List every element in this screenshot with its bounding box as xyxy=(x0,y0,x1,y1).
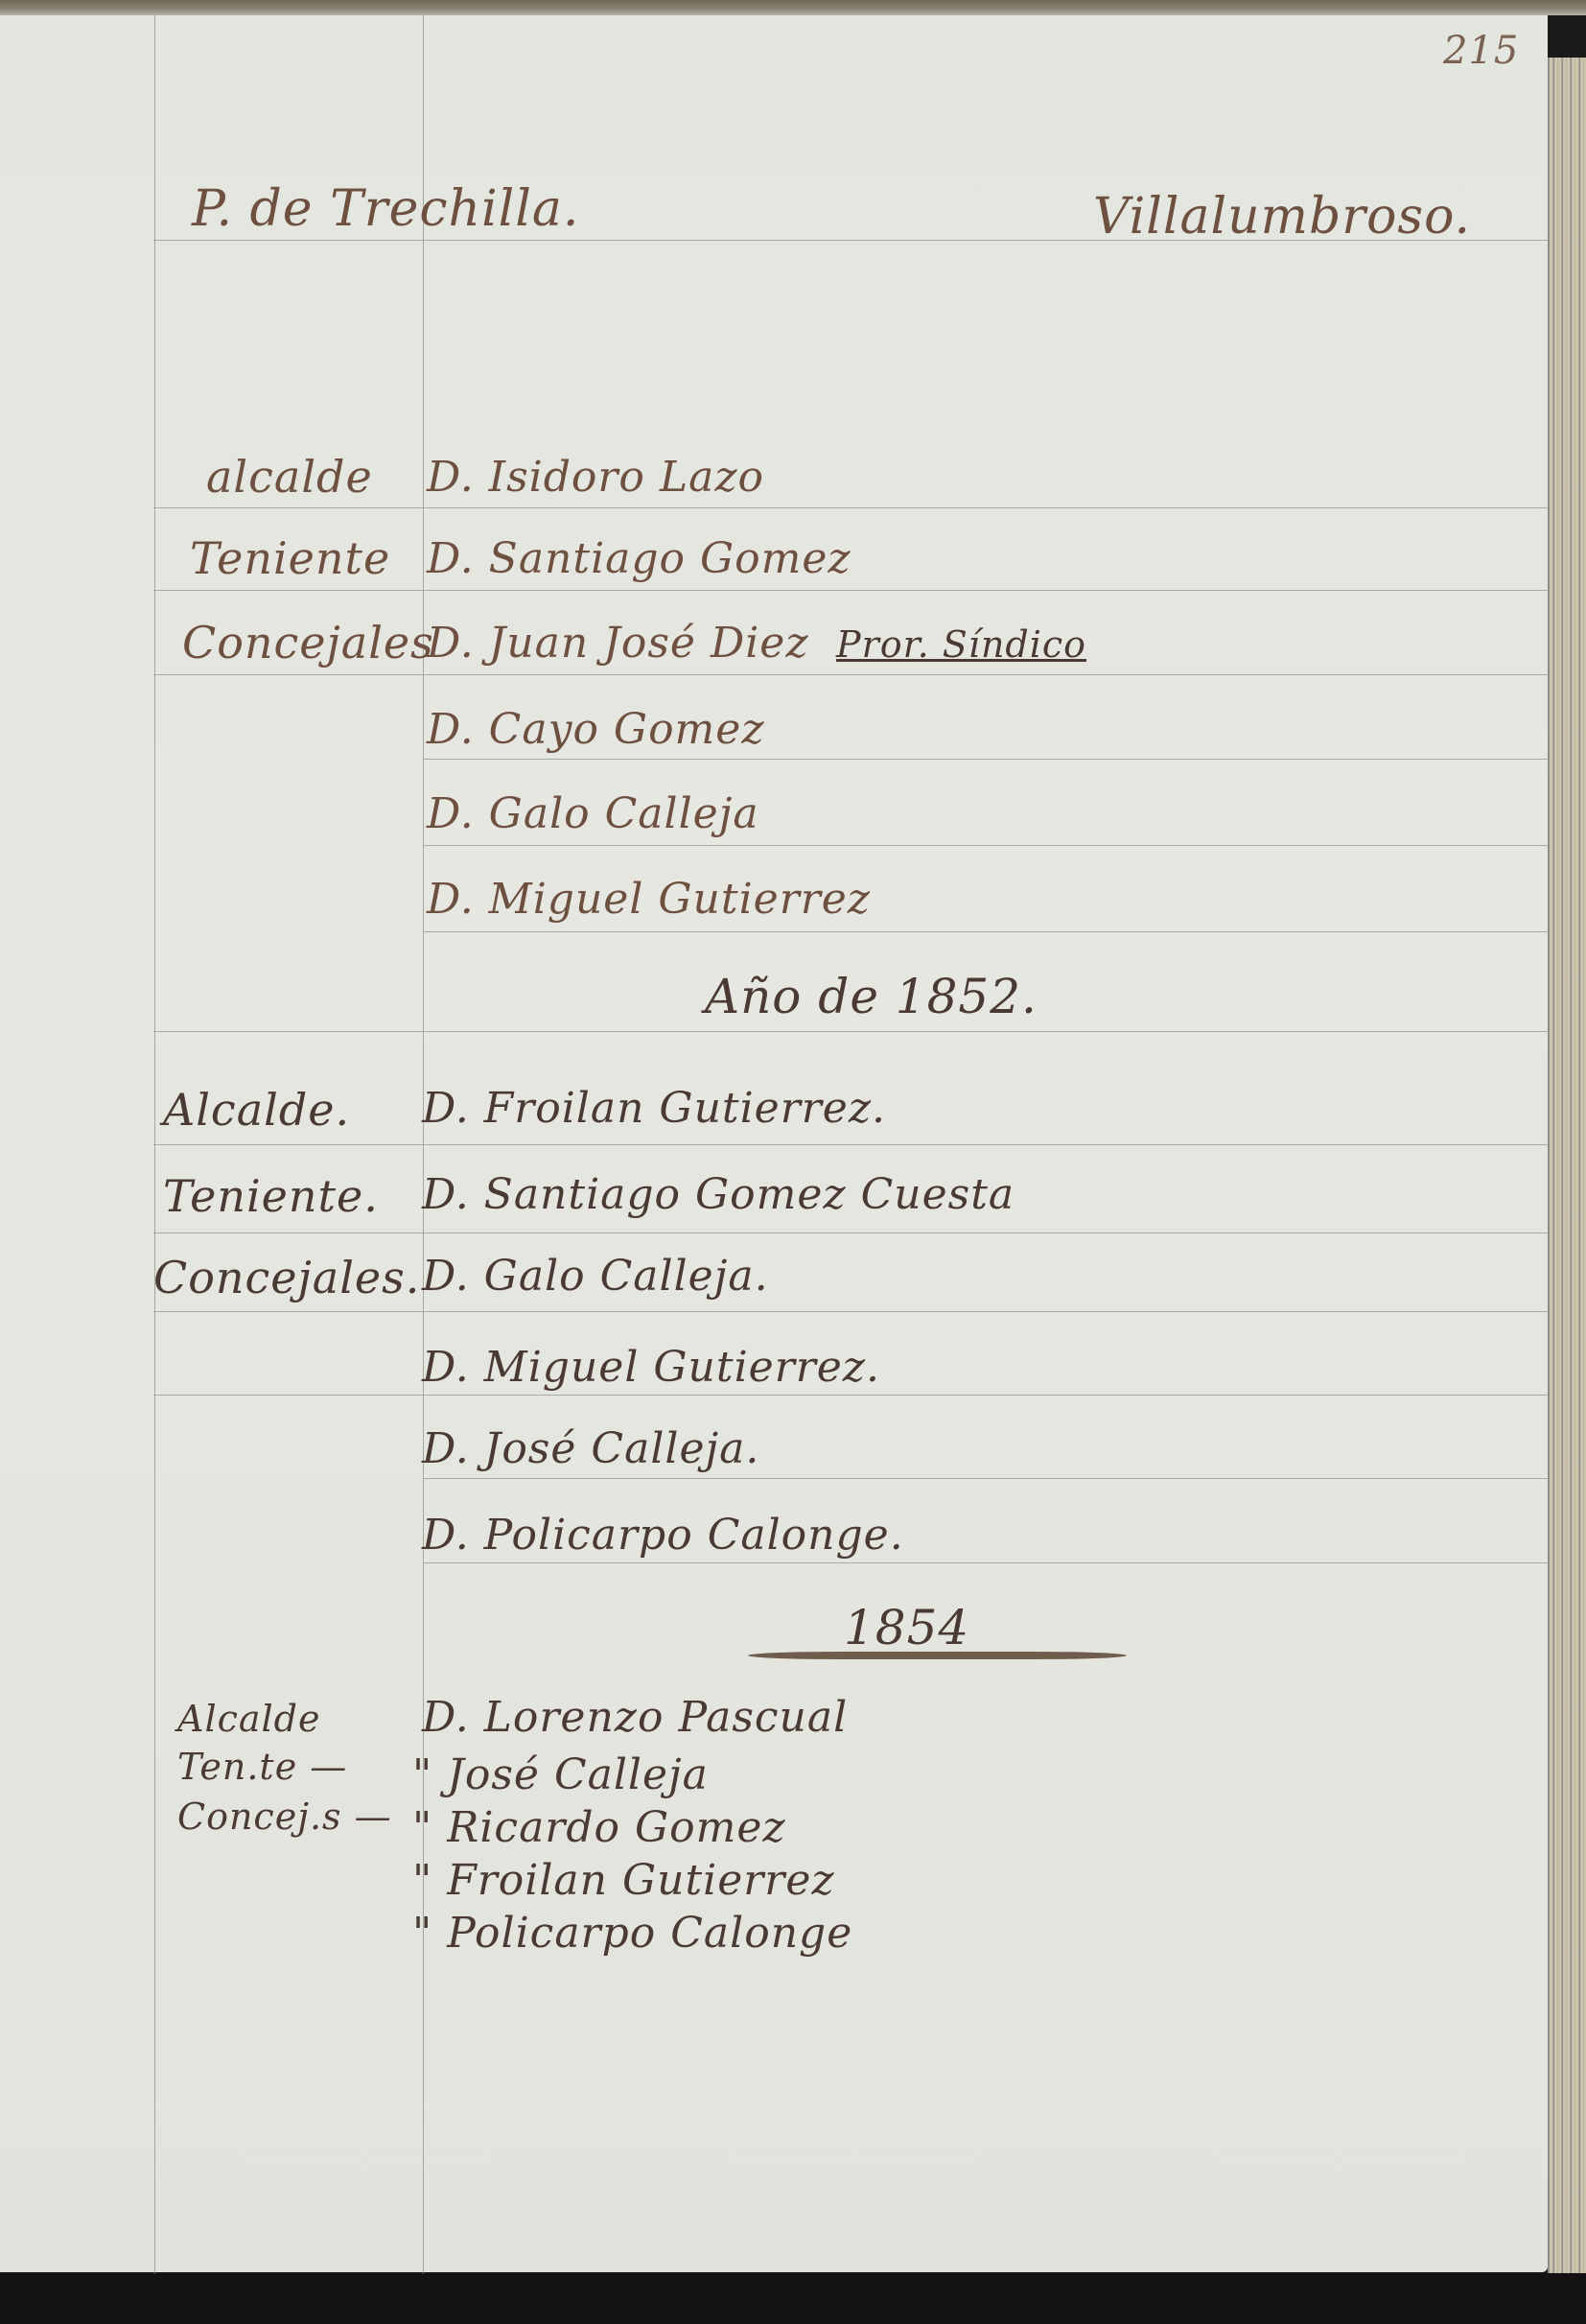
member-name: D. Froilan Gutierrez. xyxy=(422,1084,886,1133)
ruled-line xyxy=(153,1031,1548,1032)
year-heading: Año de 1852. xyxy=(705,969,1038,1024)
ruled-line xyxy=(153,507,1548,508)
member-name: " Froilan Gutierrez xyxy=(412,1856,835,1905)
book-top-edge xyxy=(0,0,1586,15)
district-heading: P. de Trechilla. xyxy=(192,180,579,238)
role-label: Concej.s — xyxy=(177,1796,392,1838)
member-name: D. Cayo Gomez xyxy=(427,705,765,754)
member-name: D. Juan José Diez xyxy=(427,619,809,668)
ruled-line xyxy=(423,845,1548,846)
member-name: D. José Calleja. xyxy=(422,1424,759,1473)
role-label: Teniente xyxy=(190,532,390,584)
role-label: Alcalde. xyxy=(163,1084,350,1136)
ruled-line xyxy=(423,931,1548,932)
ruled-line xyxy=(153,1311,1548,1312)
member-name: " Ricardo Gomez xyxy=(412,1803,786,1852)
member-name: D. Galo Calleja xyxy=(427,789,759,838)
member-name: " José Calleja xyxy=(412,1750,709,1799)
town-heading: Villalumbroso. xyxy=(1093,188,1471,246)
role-label: Alcalde xyxy=(177,1698,321,1740)
member-name: D. Miguel Gutierrez xyxy=(427,875,871,924)
ruled-line xyxy=(153,1144,1548,1145)
ruled-line xyxy=(153,1232,1548,1233)
role-label: Concejales xyxy=(182,617,434,669)
book-fore-edge xyxy=(1548,58,1586,2292)
ruled-line xyxy=(153,674,1548,675)
ruled-line xyxy=(423,1478,1548,1479)
office-note: Pror. Síndico xyxy=(836,623,1086,666)
role-label: Ten.te — xyxy=(177,1746,347,1788)
member-name: D. Policarpo Calonge. xyxy=(422,1511,904,1560)
member-name: D. Lorenzo Pascual xyxy=(422,1693,848,1742)
ruled-line xyxy=(153,590,1548,591)
member-name: D. Santiago Gomez Cuesta xyxy=(422,1170,1015,1219)
role-label: Concejales. xyxy=(153,1252,420,1303)
member-name: " Policarpo Calonge xyxy=(412,1909,852,1958)
ruled-line xyxy=(423,759,1548,760)
year-heading: 1854 xyxy=(844,1600,969,1655)
member-name: D. Galo Calleja. xyxy=(422,1252,769,1301)
role-label: alcalde xyxy=(206,451,373,503)
member-name: D. Isidoro Lazo xyxy=(427,453,764,502)
ruled-line xyxy=(423,1562,1548,1563)
member-name: D. Miguel Gutierrez. xyxy=(422,1343,880,1392)
folio-number: 215 xyxy=(1443,29,1519,73)
year-underline xyxy=(748,1652,1127,1659)
role-label: Teniente. xyxy=(163,1170,379,1222)
member-name: D. Santiago Gomez xyxy=(427,534,851,583)
scan-bottom-shadow xyxy=(0,2273,1586,2324)
ruled-line xyxy=(153,1395,1548,1396)
